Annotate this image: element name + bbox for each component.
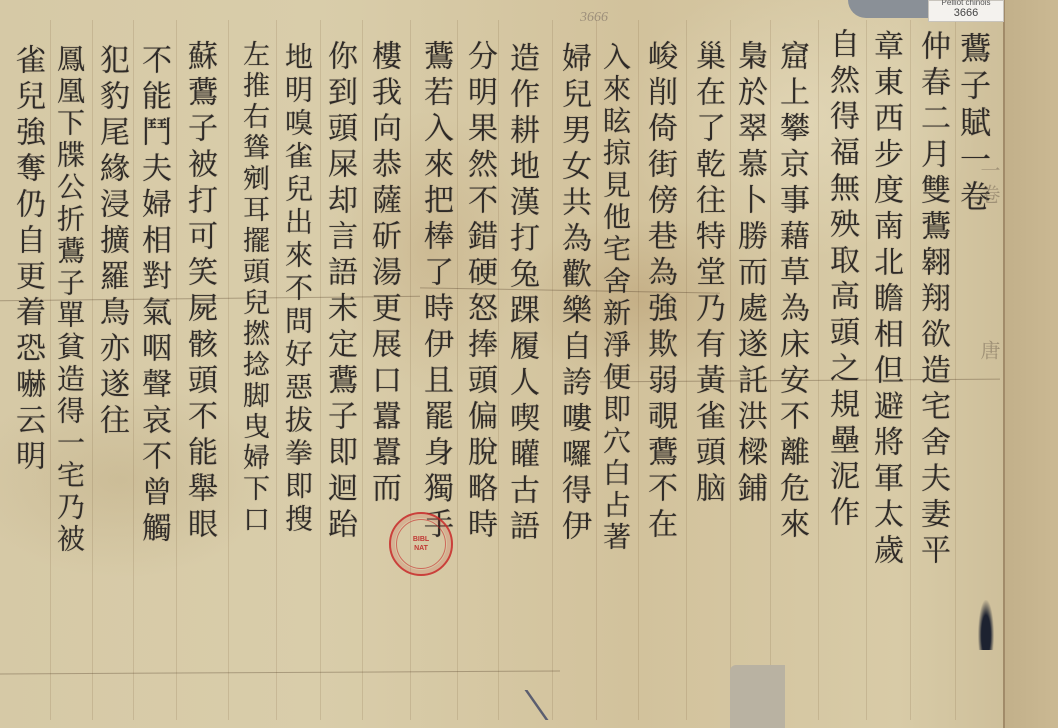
ruling-line <box>276 20 277 720</box>
ruling-line <box>176 20 177 720</box>
ruling-line <box>320 20 321 720</box>
ruling-line <box>770 20 771 720</box>
text-column: 雀兒強奪仍自更着恐嚇云明 <box>10 44 44 476</box>
shelfmark-collection: Pelliot chinois <box>929 0 1003 7</box>
text-column: 仲春二月雙鷰翱翔欲造宅舍夫妻平 <box>915 30 949 570</box>
ruling-line <box>133 20 134 720</box>
right-margin-strip <box>1003 0 1058 728</box>
ruling-line <box>730 20 731 720</box>
text-column: 地明嗅雀兒出來不問好惡拔拳即搜 <box>280 42 314 537</box>
ruling-line <box>498 20 499 720</box>
ruling-line <box>552 20 553 720</box>
ruling-line <box>866 20 867 720</box>
ruling-line <box>362 20 363 720</box>
ruling-line <box>638 20 639 720</box>
paper-patch <box>730 665 785 728</box>
ruling-line <box>228 20 229 720</box>
text-column: 巢在了乾往特堂乃有黃雀頭脑 <box>690 40 724 508</box>
ruling-line <box>596 20 597 720</box>
library-seal-stamp: BIBL NAT <box>389 512 453 576</box>
marginal-annotation: 唐 <box>975 340 1004 364</box>
text-column: 梟於翠慕卜勝而處遂託洪樑鋪 <box>732 40 766 508</box>
ruling-line <box>910 20 911 720</box>
text-column: 樓我向恭薩斫湯更展口囂囂而 <box>366 40 400 508</box>
text-column: 鷰若入來把棒了時伊且罷身獨手 <box>418 40 452 544</box>
ruling-line <box>457 20 458 720</box>
ruling-line <box>818 20 819 720</box>
text-column: 蘇鷰子被打可笑屍骸頭不能舉眼 <box>182 40 216 544</box>
text-column: 不能鬥夫婦相對氣咽聲哀不曾觸 <box>136 44 170 548</box>
shelfmark-label: Pelliot chinois 3666 <box>928 0 1004 22</box>
seal-ring <box>396 519 446 569</box>
shelfmark-number: 3666 <box>929 7 1003 19</box>
text-column: 造作耕地漢打兔踝履人喫矔古語 <box>504 42 538 546</box>
text-column: 鳳凰下牒公折鷰子單貧造得一宅乃被 <box>52 44 86 556</box>
ink-blot <box>978 600 994 650</box>
ruling-line <box>410 20 411 720</box>
text-column: 左推右聳剜耳擺頭兒撚捻脚曳婦下口 <box>236 40 270 536</box>
ruling-line <box>92 20 93 720</box>
text-column: 犯豹尾緣浸擴羅鳥亦遂往 <box>94 44 128 440</box>
text-column: 自然得福無殃取高頭之規壘泥作 <box>824 28 858 532</box>
text-column: 婦兒男女共為歡樂自誇嘍囉得伊 <box>556 42 590 546</box>
marginal-annotation: 一卷 <box>975 160 1004 208</box>
text-column: 分明果然不錯硬怒捧頭偏脫略時 <box>462 40 496 544</box>
ruling-line <box>50 20 51 720</box>
text-column: 入來眩掠見他宅舍新淨便即穴白占著 <box>598 42 632 554</box>
text-column: 章東西步度南北瞻相但避將軍太歲 <box>868 30 902 570</box>
pencil-inventory-number: 3666 <box>580 10 608 26</box>
text-column: 你到頭屎却言語未定鷰子即迴跆 <box>322 40 356 544</box>
ruling-line <box>686 20 687 720</box>
text-column: 窟上攀京事藉草為床安不離危來 <box>774 40 808 544</box>
text-column: 峻削倚街傍巷為強欺弱覗鷰不在 <box>642 40 676 544</box>
